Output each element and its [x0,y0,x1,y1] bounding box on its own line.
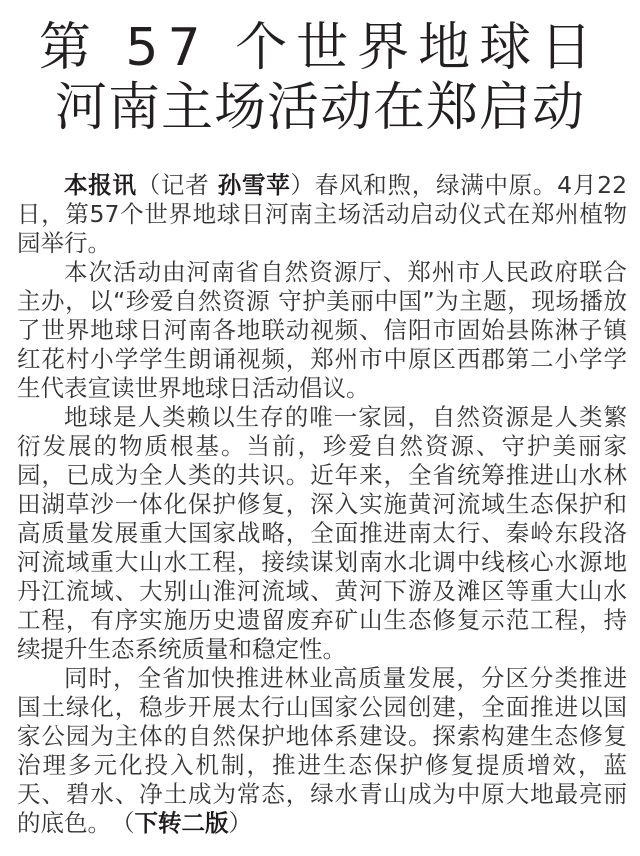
dateline: 本报讯 [64,171,137,199]
headline-line-2: 河南主场活动在郑启动 [0,78,640,138]
paragraph-3: 地球是人类赖以生存的唯一家园，自然资源是人类繁衍发展的物质根基。当前，珍爱自然资… [17,403,627,664]
continuation-note: 下转二版 [135,809,229,837]
headline: 第 57 个世界地球日 河南主场活动在郑启动 [0,18,640,138]
continuation-close: ） [229,809,253,837]
paragraph-4: 同时，全省加快推进林业高质量发展，分区分类推进国土绿化，稳步开展太行山国家公园创… [17,664,627,838]
paragraph-2: 本次活动由河南省自然资源厅、郑州市人民政府联合主办，以“珍爱自然资源 守护美丽中… [17,258,627,403]
continuation-open: （ [99,809,134,837]
paragraph-1: 本报讯（记者 孙雪苹）春风和煦，绿满中原。4月22日，第57个世界地球日河南主场… [17,171,627,258]
headline-line-1: 第 57 个世界地球日 [0,18,640,78]
article-body: 本报讯（记者 孙雪苹）春风和煦，绿满中原。4月22日，第57个世界地球日河南主场… [17,171,627,838]
byline-open: （记者 [137,171,218,199]
byline-close: ） [290,171,314,199]
reporter-name: 孙雪苹 [218,171,291,199]
